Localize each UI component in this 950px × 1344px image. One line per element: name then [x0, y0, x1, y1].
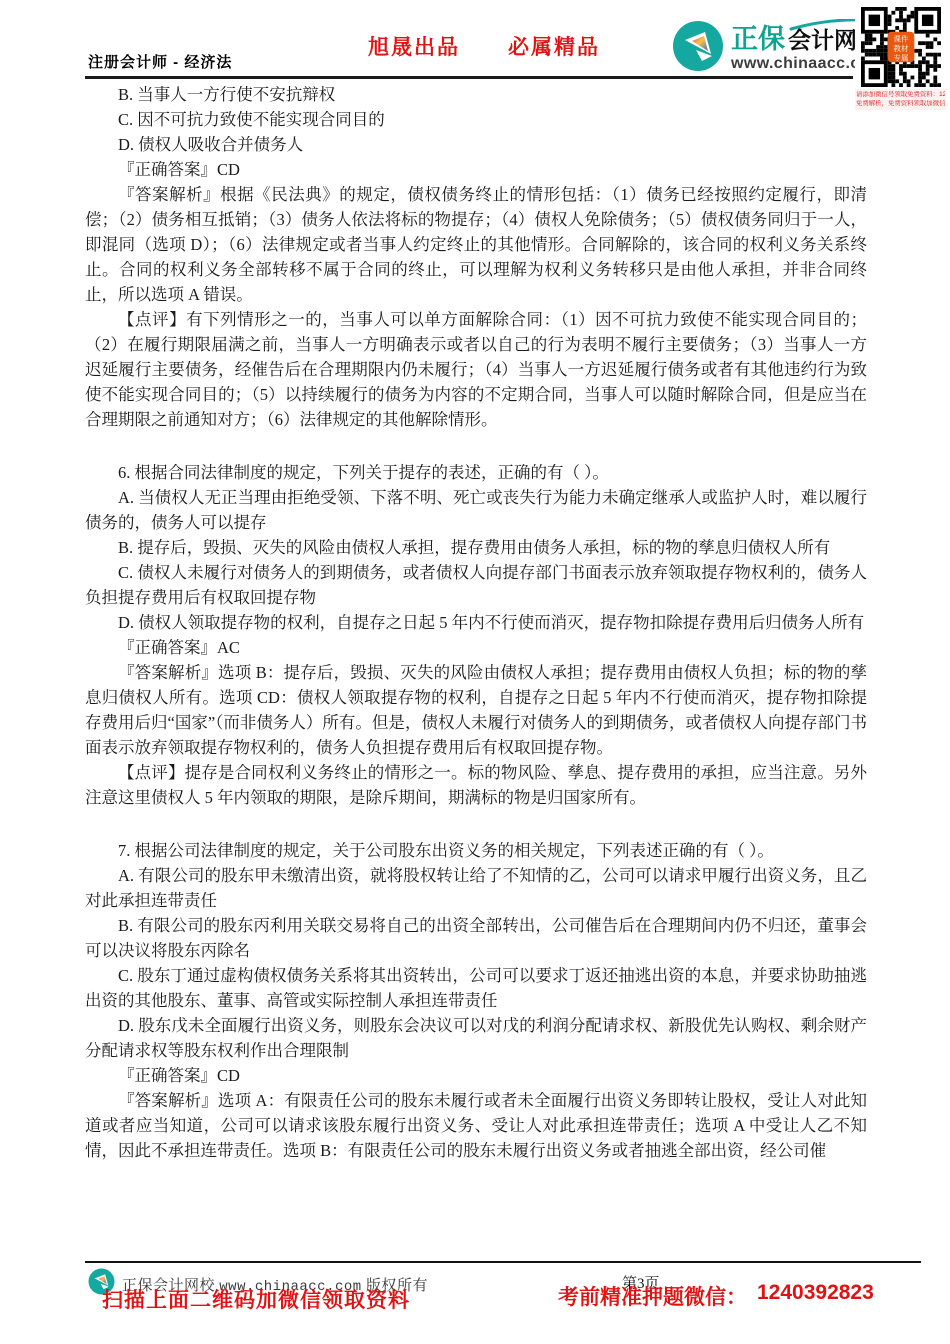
- paragraph: B. 提存后，毁损、灭失的风险由债权人承担，提存费用由债务人承担，标的物的孳息归…: [85, 535, 867, 560]
- paragraph: B. 有限公司的股东丙利用关联交易将自己的出资全部转出，公司催告后在合理期间内仍…: [85, 913, 867, 963]
- qr-caption: 请添加微信号领取免费资料：1240392823 免费解析，免费资料领取加微信：1…: [855, 89, 946, 110]
- paragraph: A. 有限公司的股东甲未缴清出资，就将股权转让给了不知情的乙，公司可以请求甲履行…: [85, 863, 867, 913]
- paragraph-spacer: [85, 810, 867, 838]
- footer-wechat-tip: 考前精准押题微信： 1240392823: [558, 1281, 874, 1311]
- paragraph: D. 债权人吸收合并债务人: [85, 132, 867, 157]
- paragraph: 7. 根据公司法律制度的规定，关于公司股东出资义务的相关规定，下列表述正确的有（…: [85, 838, 867, 863]
- paragraph: C. 债权人未履行对债务人的到期债务，或者债权人向提存部门书面表示放弃领取提存物…: [85, 560, 867, 610]
- qr-code: 课件教材专属 请添加微信号领取免费资料：1240392823 免费解析，免费资料…: [855, 5, 946, 110]
- paragraph: C. 股东丁通过虚构债权债务关系将其出资转出，公司可以要求丁返还抽逃出资的本息，…: [85, 963, 867, 1013]
- qr-caption-line2: 免费解析，免费资料领取加微信：1240392823: [856, 100, 945, 109]
- course-label: 注册会计师 - 经济法: [88, 51, 232, 72]
- paragraph: D. 股东戊未全面履行出资义务，则股东会决议可以对戊的利润分配请求权、新股优先认…: [85, 1013, 867, 1063]
- paragraph: C. 因不可抗力致使不能实现合同目的: [85, 107, 867, 132]
- svg-text:教材: 教材: [893, 43, 909, 53]
- paragraph: 『答案解析』选项 B：提存后，毁损、灭失的风险由债权人承担；提存费用由债权人负担…: [85, 660, 867, 760]
- paragraph: 『正确答案』CD: [85, 157, 867, 182]
- paragraph: 『正确答案』CD: [85, 1063, 867, 1088]
- qr-pattern-icon: 课件教材专属: [858, 7, 944, 87]
- header-slogan: 旭晟出品 必属精品: [368, 31, 600, 61]
- document-body: B. 当事人一方行使不安抗辩权C. 因不可抗力致使不能实现合同目的D. 债权人吸…: [85, 82, 867, 1163]
- svg-text:专属: 专属: [893, 52, 909, 62]
- brand-logo: 正保 会计网校 www.chinaacc.com: [672, 20, 884, 77]
- paragraph: B. 当事人一方行使不安抗辩权: [85, 82, 867, 107]
- qr-caption-line1: 请添加微信号领取免费资料：1240392823: [856, 91, 945, 100]
- paragraph: 『正确答案』AC: [85, 635, 867, 660]
- document-page: 旭晟出品 必属精品 注册会计师 - 经济法 正保 会计网校: [0, 0, 950, 1344]
- svg-text:课件: 课件: [893, 33, 909, 43]
- wechat-tip-label: 考前精准押题微信：: [558, 1281, 747, 1311]
- paragraph: 6. 根据合同法律制度的规定，下列关于提存的表述，正确的有（ ）。: [85, 460, 867, 485]
- brand-circle-icon: [672, 20, 724, 77]
- paragraph: 【点评】提存是合同权利义务终止的情形之一。标的物风险、孳息、提存费用的承担，应当…: [85, 760, 867, 810]
- footer-divider: [85, 1261, 921, 1263]
- paragraph: 『答案解析』根据《民法典》的规定，债权债务终止的情形包括：（1）债务已经按照约定…: [85, 182, 867, 307]
- paragraph: 『答案解析』选项 A：有限责任公司的股东未履行或者未全面履行出资义务即转让股权，…: [85, 1088, 867, 1163]
- paragraph-spacer: [85, 432, 867, 460]
- brand-name-primary: 正保: [731, 26, 785, 53]
- paragraph: D. 债权人领取提存物的权利，自提存之日起 5 年内不行使而消灭，提存物扣除提存…: [85, 610, 867, 635]
- slogan-left: 旭晟出品: [368, 31, 460, 61]
- paragraph: A. 当债权人无正当理由拒绝受领、下落不明、死亡或丧失行为能力未确定继承人或监护…: [85, 485, 867, 535]
- footer-scan-tip: 扫描上面二维码加微信领取资料: [102, 1284, 410, 1314]
- paragraph: 【点评】有下列情形之一的，当事人可以单方面解除合同：（1）因不可抗力致使不能实现…: [85, 307, 867, 432]
- wechat-tip-number: 1240392823: [757, 1281, 874, 1311]
- slogan-right: 必属精品: [508, 31, 600, 61]
